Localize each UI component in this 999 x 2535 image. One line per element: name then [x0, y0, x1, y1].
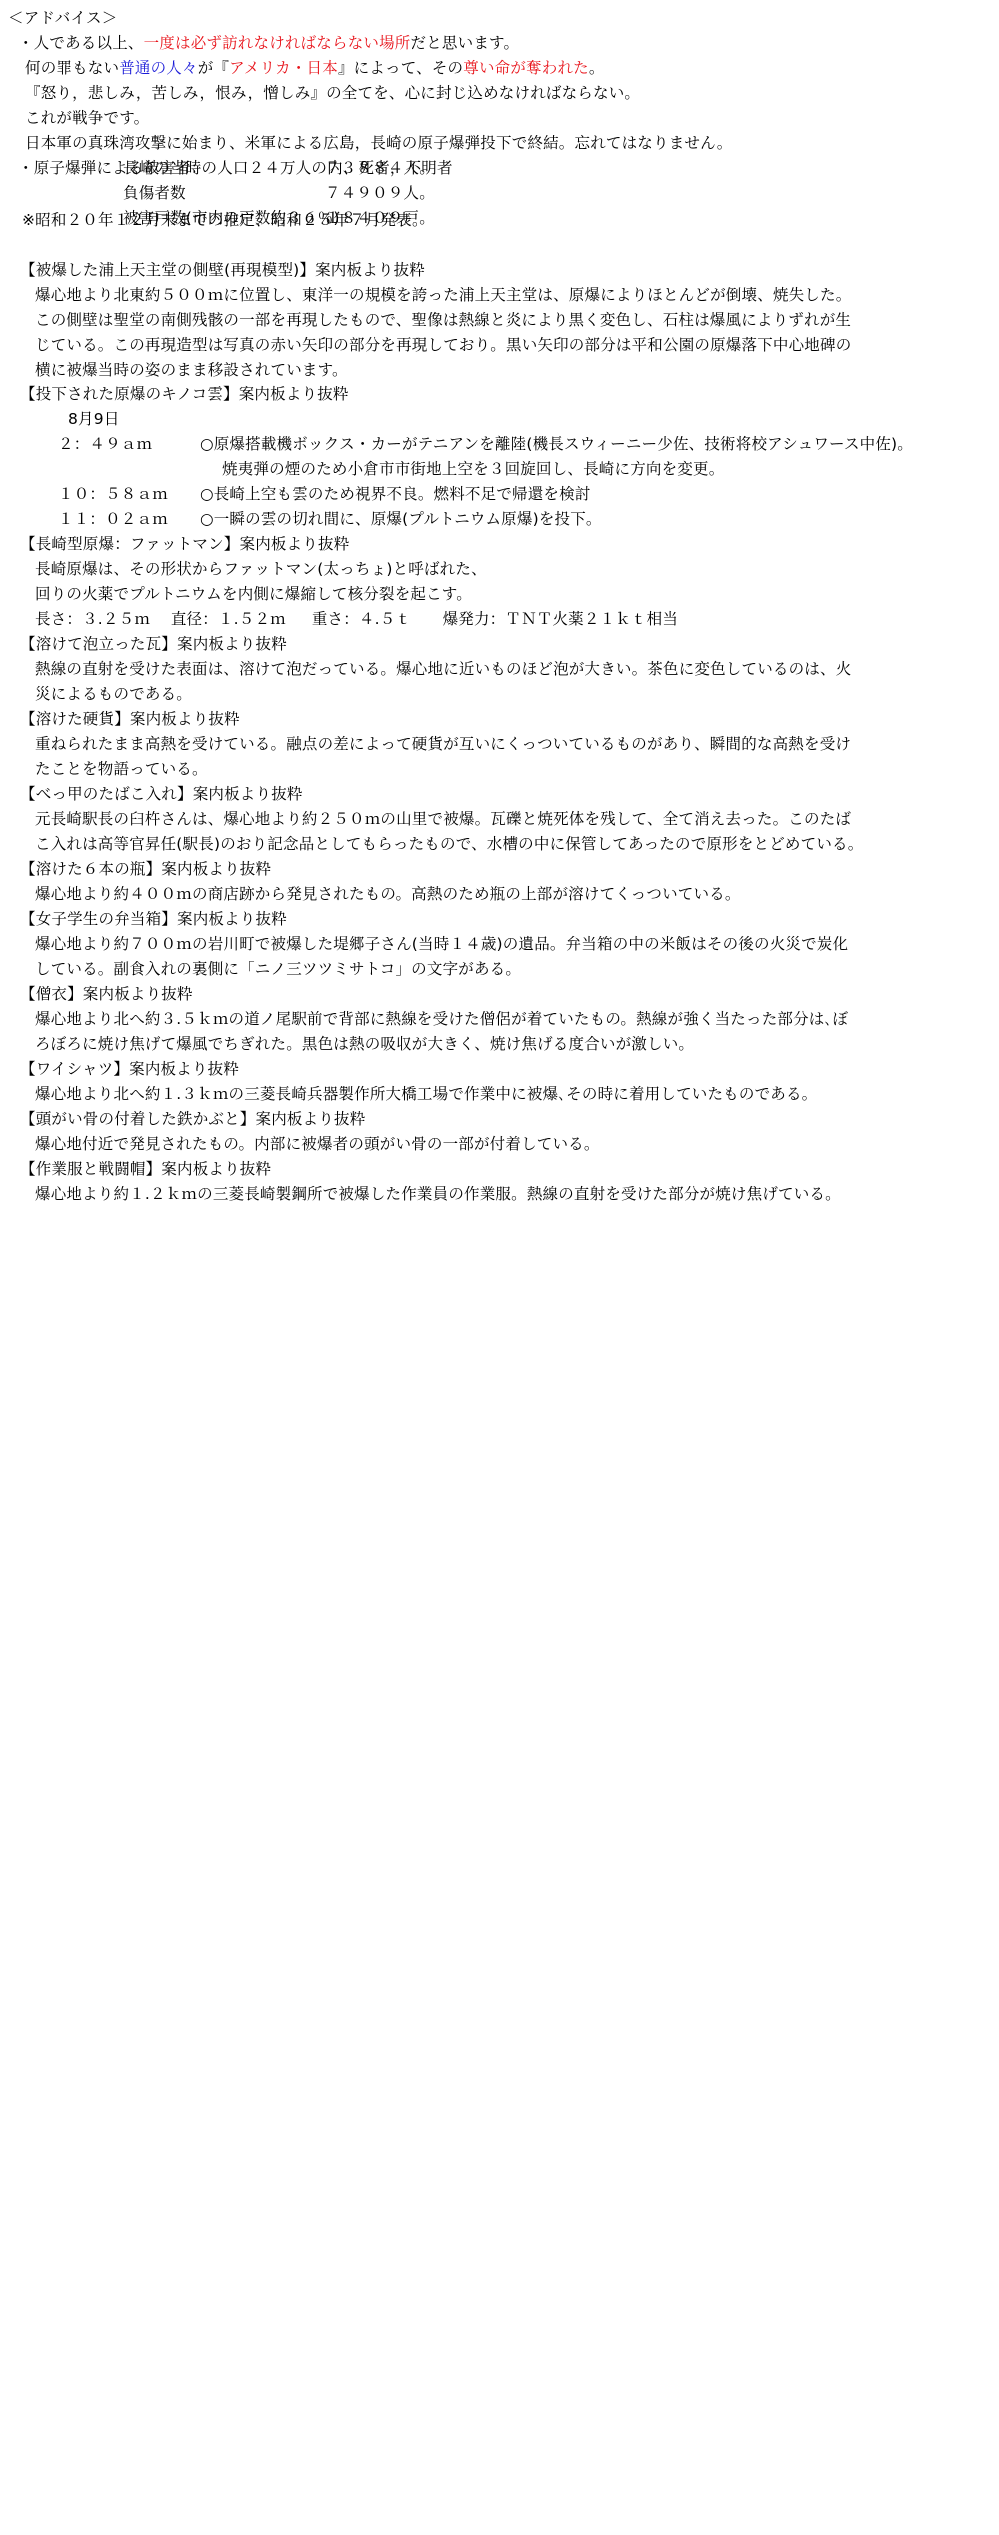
section-line: この側壁は聖堂の南側残骸の一部を再現したもので、聖像は熱線と炎により黒く変色し、… — [35, 310, 851, 330]
section-line: 爆心地より約１.２ｋｍの三菱長崎製鋼所で被爆した作業員の作業服。熱線の直射を受け… — [35, 1184, 841, 1204]
section-line: 元長崎駅長の臼杵さんは、爆心地より約２５０ｍの山里で被爆。瓦礫と焼死体を残して、… — [35, 809, 851, 829]
emphasis-blue: 普通の人々 — [119, 59, 198, 77]
timeline-text: ○原爆搭載機ボックス・カーがテニアンを離陸(機長スウィーニー少佐、技術将校アシュ… — [200, 434, 913, 454]
section-line: 爆心地付近で発見されたもの。内部に被爆者の頭がい骨の一部が付着している。 — [35, 1134, 600, 1154]
section-title-robe: 【僧衣】案内板より抜粋 — [20, 984, 193, 1004]
section-line: 長崎原爆は、その形状からファットマン(太っちょ)と呼ばれた、 — [35, 559, 487, 579]
section-title-bottles: 【溶けた６本の瓶】案内板より抜粋 — [20, 859, 271, 879]
document-page: ＜アドバイス＞ ・人である以上、一度は必ず訪れなければならない場所だと思います。… — [0, 0, 999, 2535]
section-title-cathedral: 【被爆した浦上天主堂の側壁(再現模型)】案内板より抜粋 — [20, 260, 425, 280]
text: 』によって、その — [338, 59, 463, 77]
advice-line-1: ・人である以上、一度は必ず訪れなければならない場所だと思います。 — [18, 33, 519, 53]
section-title-helmet: 【頭がい骨の付着した鉄かぶと】案内板より抜粋 — [20, 1109, 365, 1129]
timeline-text: ○長崎上空も雲のため視界不良。燃料不足で帰還を検討 — [200, 484, 591, 504]
section-title-tobacco: 【べっ甲のたばこ入れ】案内板より抜粋 — [20, 784, 303, 804]
advice-line-4: これが戦争です。 — [25, 108, 149, 128]
text: 何の罪もない — [25, 59, 119, 77]
section-line: 爆心地より北東約５００ｍに位置し、東洋一の規模を誇った浦上天主堂は、原爆によりほ… — [35, 285, 851, 305]
section-line: 災によるものである。 — [35, 684, 192, 704]
advice-line-2: 何の罪もない普通の人々が『アメリカ・日本』によって、その尊い命が奪われた。 — [25, 58, 605, 78]
timeline-text: ○一瞬の雲の切れ間に、原爆(プルトニウム原爆)を投下。 — [200, 509, 602, 529]
section-line: 横に被爆当時の姿のまま移設されています。 — [35, 360, 348, 380]
section-line: 重ねられたまま高熱を受けている。融点の差によって硬貨が互いにくっついているものが… — [35, 734, 851, 754]
advice-line-3: 『怒り，悲しみ，苦しみ，恨み，憎しみ』の全てを、心に封じ込めなければならない。 — [25, 83, 640, 103]
victims-row-label: 負傷者数 — [123, 183, 186, 203]
section-line: 爆心地より北へ約３.５ｋｍの道ノ尾駅前で背部に熱線を受けた僧侶が着ていたもの。熱… — [35, 1009, 848, 1029]
emphasis-red: アメリカ・日本 — [229, 59, 338, 77]
section-line: 熱線の直射を受けた表面は、溶けて泡だっている。爆心地に近いものほど泡が大きい。茶… — [35, 659, 851, 679]
emphasis-red: 尊い命が奪われた — [463, 59, 589, 77]
section-line: ろぼろに焼け焦げて爆風でちぎれた。黒色は熱の吸収が大きく、焼け焦げる度合いが激し… — [35, 1034, 694, 1054]
section-title-tile: 【溶けて泡立った瓦】案内板より抜粋 — [20, 634, 287, 654]
section-line: じている。この再現造型は写真の赤い矢印の部分を再現しており。黒い矢印の部分は平和… — [35, 335, 851, 355]
text: ・人である以上、 — [18, 34, 144, 52]
section-line: 回りの火薬でプルトニウムを内側に爆縮して核分裂を起こす。 — [35, 584, 472, 604]
victims-note-text: ※昭和２０年１２月末までの推定、昭和２５年７月発表。 — [22, 210, 428, 230]
advice-line-5: 日本軍の真珠湾攻撃に始まり、米軍による広島，長崎の原子爆弾投下で終結。忘れてはな… — [25, 133, 732, 153]
timeline-time: １０：５８ａｍ — [58, 484, 168, 504]
section-line: たことを物語っている。 — [35, 759, 208, 779]
section-line: こ入れは高等官昇任(駅長)のおり記念品としてもらったもので、水槽の中に保管してあ… — [35, 834, 863, 854]
section-title-fatman: 【長崎型原爆：ファットマン】案内板より抜粋 — [20, 534, 349, 554]
timeline-text: 焼夷弾の煙のため小倉市市街地上空を３回旋回し、長崎に方向を変更。 — [222, 459, 724, 479]
section-line: 爆心地より北へ約１.３ｋｍの三菱長崎兵器製作所大橋工場で作業中に被爆､その時に着… — [35, 1084, 817, 1104]
timeline-time: ２：４９ａｍ — [58, 434, 152, 454]
section-title-lunchbox: 【女子学生の弁当箱】案内板より抜粋 — [20, 909, 287, 929]
section-line: している。副食入れの裏側に「ニノ三ツツミサトコ」の文字がある。 — [35, 959, 521, 979]
victims-row-value: ７３８８４人。 — [325, 158, 435, 178]
section-title-coins: 【溶けた硬貨】案内板より抜粋 — [20, 709, 240, 729]
section-line: 爆心地より約７００ｍの岩川町で被爆した堤郷子さん(当時１４歳)の遺品。弁当箱の中… — [35, 934, 848, 954]
section-title-workwear: 【作業服と戦闘帽】案内板より抜粋 — [20, 1159, 271, 1179]
section-title-mushroom: 【投下された原爆のキノコ雲】案内板より抜粋 — [20, 384, 349, 404]
timeline-date: 8月9日 — [68, 409, 120, 429]
fatman-specs: 長さ：３.２５ｍ 直径：１.５２ｍ 重さ：４.５ｔ 爆発力：ＴＮＴ火薬２１ｋｔ相… — [35, 609, 678, 629]
emphasis-red: 一度は必ず訪れなければならない場所 — [144, 34, 411, 52]
section-title-shirt: 【ワイシャツ】案内板より抜粋 — [20, 1059, 239, 1079]
text: だと思います。 — [411, 34, 520, 52]
text: 。 — [589, 59, 605, 77]
advice-heading: ＜アドバイス＞ — [8, 8, 117, 28]
text: が『 — [198, 59, 229, 77]
section-line: 爆心地より約４００ｍの商店跡から発見されたもの。高熱のため瓶の上部が溶けてくっつ… — [35, 884, 741, 904]
timeline-time: １１：０２ａｍ — [58, 509, 168, 529]
victims-row-value: ７４９０９人。 — [325, 183, 435, 203]
